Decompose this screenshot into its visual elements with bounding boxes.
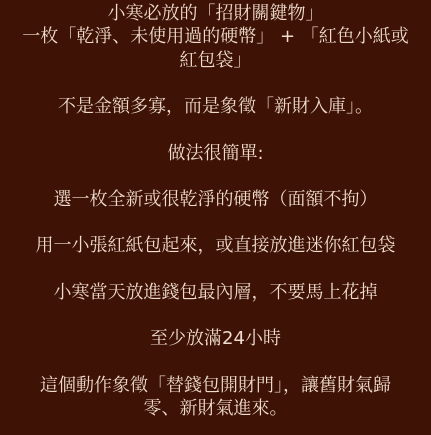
step-paragraph-3: 小寒當天放進錢包最內層，不要馬上花掉 bbox=[13, 281, 418, 304]
step-paragraph-1: 選一枚全新或很乾淨的硬幣（面額不拘） bbox=[13, 188, 418, 211]
step-line-1: 選一枚全新或很乾淨的硬幣（面額不拘） bbox=[13, 188, 418, 211]
meaning-paragraph: 不是金額多寡，而是象徵「新財入庫」。 bbox=[13, 95, 418, 118]
steps-heading-line: 做法很簡單: bbox=[13, 142, 418, 165]
step-paragraph-2: 用一小張紅紙包起來，或直接放進迷你紅包袋 bbox=[13, 234, 418, 257]
step-line-4: 至少放滿24小時 bbox=[13, 327, 418, 350]
step-line-3: 小寒當天放進錢包最內層，不要馬上花掉 bbox=[13, 281, 418, 304]
step-paragraph-4: 至少放滿24小時 bbox=[13, 327, 418, 350]
page-background: { "page": { "background_color": "#3E1204… bbox=[0, 0, 431, 435]
intro-line-wrap: 紅包袋」 bbox=[13, 49, 418, 72]
meaning-line: 不是金額多寡，而是象徵「新財入庫」。 bbox=[13, 95, 418, 118]
intro-line: 一枚「乾淨、未使用過的硬幣」 + 「紅色小紙或 bbox=[13, 25, 418, 48]
intro-paragraph: 小寒必放的「招財關鍵物」 一枚「乾淨、未使用過的硬幣」 + 「紅色小紙或 紅包袋… bbox=[13, 2, 418, 72]
closing-line-2: 零、新財氣進來。 bbox=[13, 397, 418, 420]
closing-paragraph: 這個動作象徵「替錢包開財門」，讓舊財氣歸 零、新財氣進來。 bbox=[13, 374, 418, 421]
closing-line-1: 這個動作象徵「替錢包開財門」，讓舊財氣歸 bbox=[13, 374, 418, 397]
intro-title-line: 小寒必放的「招財關鍵物」 bbox=[13, 2, 418, 25]
steps-heading-paragraph: 做法很簡單: bbox=[13, 142, 418, 165]
step-line-2: 用一小張紅紙包起來，或直接放進迷你紅包袋 bbox=[13, 234, 418, 257]
post-text-content: 小寒必放的「招財關鍵物」 一枚「乾淨、未使用過的硬幣」 + 「紅色小紙或 紅包袋… bbox=[0, 0, 431, 435]
